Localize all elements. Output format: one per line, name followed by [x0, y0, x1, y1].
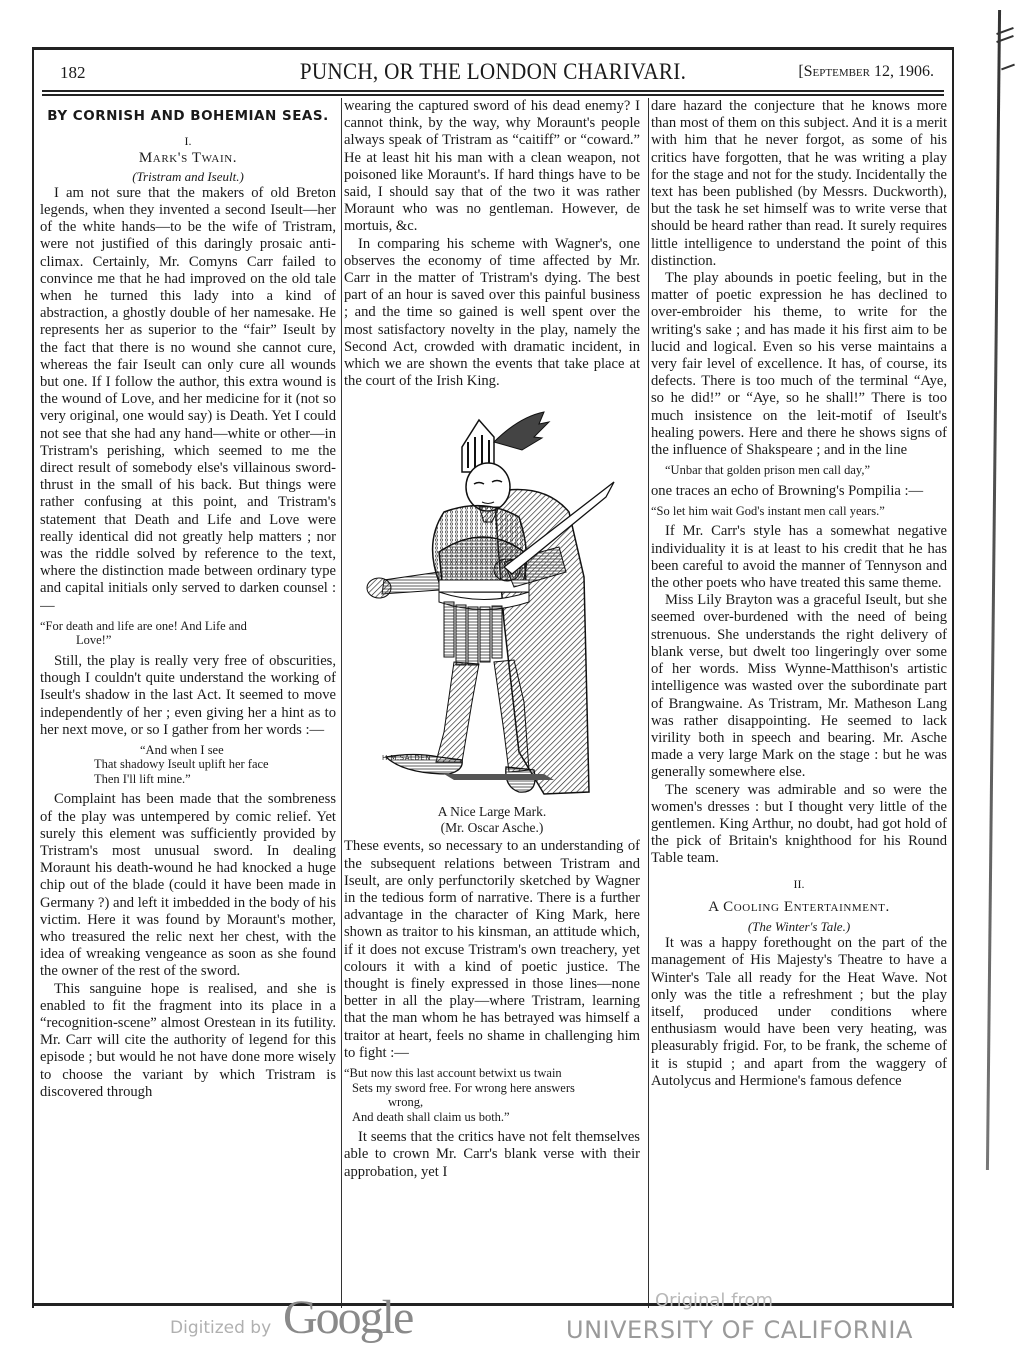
paragraph: If Mr. Carr's style has a somewhat negat… — [651, 523, 947, 592]
section-subheading: (The Winter's Tale.) — [651, 918, 947, 935]
verse-quote: “But now this last account betwixt us tw… — [344, 1066, 640, 1124]
verse-line: Then I'll lift mine.” — [40, 772, 336, 787]
paragraph: The play abounds in poetic feeling, but … — [651, 270, 947, 459]
artist-signature: H.M.SALDEN — [382, 750, 431, 767]
column-3: dare hazard the conjecture that he knows… — [651, 98, 947, 1308]
column-1: BY CORNISH AND BOHEMIAN SEAS. I. Mark's … — [40, 98, 336, 1308]
paragraph: These events, so necessary to an underst… — [344, 838, 640, 1062]
footer-rule — [32, 1303, 954, 1306]
page-header: 182 PUNCH, OR THE LONDON CHARIVARI. [Sep… — [34, 50, 952, 90]
section-heading: Mark's Twain. — [40, 150, 336, 167]
verse-line: “Unbar that golden prison men call day,” — [665, 463, 947, 478]
illustration-caption-credit: (Mr. Oscar Asche.) — [344, 820, 640, 836]
verse-line: “For death and life are one! And Life an… — [40, 619, 336, 634]
paragraph: I am not sure that the makers of old Bre… — [40, 185, 336, 615]
watermark-google-logo: Google — [283, 1290, 412, 1345]
paragraph: It was a happy forethought on the part o… — [651, 935, 947, 1090]
paragraph: It seems that the critics have not felt … — [344, 1129, 640, 1181]
verse-quote: “So let him wait God's instant men call … — [651, 504, 947, 519]
paragraph: This sanguine hope is realised, and she … — [40, 981, 336, 1101]
verse-quote: “Unbar that golden prison men call day,” — [651, 463, 947, 478]
scanned-page-edge — [986, 10, 1001, 1170]
verse-quote: “And when I see That shadowy Iseult upli… — [40, 743, 336, 787]
section-heading: A Cooling Entertainment. — [651, 899, 947, 916]
verse-line: “So let him wait God's instant men call … — [651, 504, 947, 519]
paragraph: one traces an echo of Browning's Pompili… — [651, 483, 947, 500]
paragraph: Miss Lily Brayton was a graceful Iseult,… — [651, 592, 947, 781]
verse-quote: “For death and life are one! And Life an… — [40, 619, 336, 648]
edge-mark — [1001, 64, 1015, 71]
illustration-caption: A Nice Large Mark. — [344, 804, 640, 820]
column-divider — [648, 98, 649, 1308]
paragraph: dare hazard the conjecture that he knows… — [651, 98, 947, 270]
verse-line: “But now this last account betwixt us tw… — [344, 1066, 640, 1081]
section-numeral: I. — [40, 133, 336, 150]
issue-date: [September 12, 1906. — [798, 63, 934, 81]
paragraph: The scenery was admirable and so were th… — [651, 782, 947, 868]
section-subheading: (Tristram and Iseult.) — [40, 168, 336, 185]
paragraph: Complaint has been made that the sombren… — [40, 791, 336, 980]
paragraph: In comparing his scheme with Wagner's, o… — [344, 236, 640, 391]
verse-line: Sets my sword free. For wrong here answe… — [344, 1081, 640, 1096]
magazine-page: 182 PUNCH, OR THE LONDON CHARIVARI. [Sep… — [32, 47, 954, 1308]
verse-line: And death shall claim us both.” — [344, 1110, 640, 1125]
watermark-original-from: Original from — [655, 1290, 773, 1311]
verse-line: wrong, — [344, 1095, 640, 1110]
masthead-title: PUNCH, OR THE LONDON CHARIVARI. — [71, 59, 916, 85]
article-title: BY CORNISH AND BOHEMIAN SEAS. — [40, 108, 336, 125]
verse-line: Love!” — [40, 633, 336, 648]
verse-line: “And when I see — [40, 743, 336, 758]
paragraph: Still, the play is really very free of o… — [40, 653, 336, 739]
verse-line: That shadowy Iseult uplift her face — [40, 757, 336, 772]
watermark-digitized-by: Digitized by — [170, 1318, 271, 1338]
article-columns: BY CORNISH AND BOHEMIAN SEAS. I. Mark's … — [34, 98, 952, 1308]
illustration: H.M.SALDEN — [344, 402, 640, 800]
header-double-rule — [42, 90, 944, 96]
section-numeral: II. — [651, 876, 947, 893]
column-divider — [341, 98, 342, 1308]
king-mark-caricature-illustration — [344, 402, 640, 800]
paragraph: wearing the captured sword of his dead e… — [344, 98, 640, 236]
watermark-institution: UNIVERSITY OF CALIFORNIA — [566, 1316, 913, 1344]
column-2: wearing the captured sword of his dead e… — [344, 98, 640, 1308]
